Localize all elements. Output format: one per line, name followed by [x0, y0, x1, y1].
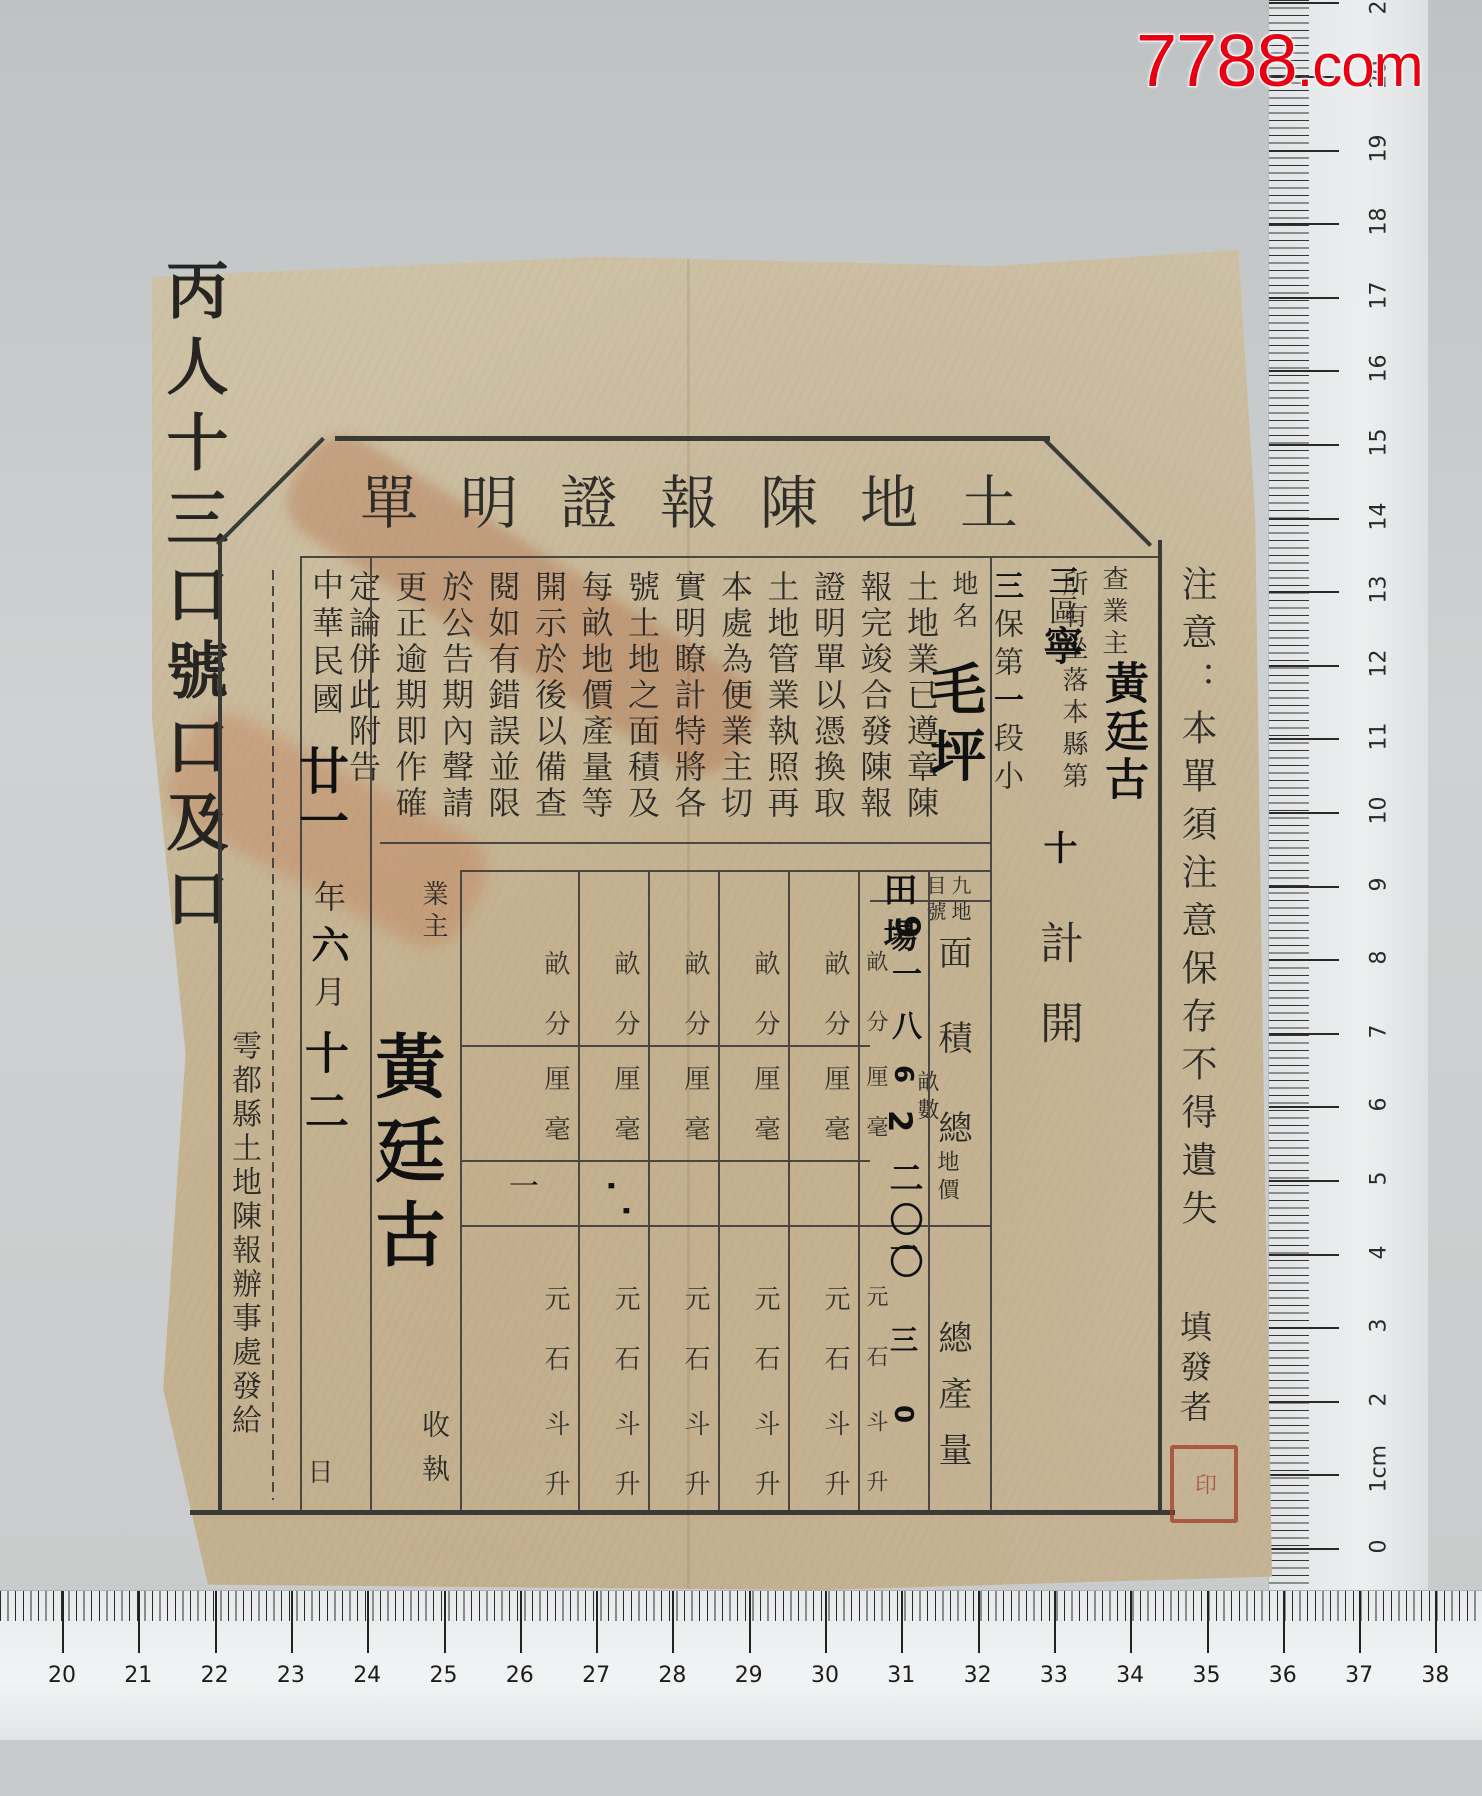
ruler-major-tick [1269, 1401, 1339, 1403]
unit-label: 毫 [612, 1115, 638, 1141]
ruler-label: 36 [1263, 1663, 1303, 1688]
body-text-column: 土地業已遵章陳 [905, 570, 937, 822]
area-hao-handwritten: 2 [884, 1110, 916, 1132]
table-section-line [460, 1160, 870, 1162]
unit-label: 升 [612, 1470, 638, 1496]
unit-label: 石 [864, 1345, 886, 1367]
listing-header: 計開 [1035, 920, 1079, 1080]
ruler-label: 1cm [1367, 1453, 1392, 1493]
unit-label: 毫 [542, 1115, 568, 1141]
ruler-label: 15 [1367, 423, 1392, 463]
ruler-label: 0 [1367, 1527, 1392, 1567]
body-text-column: 實明瞭計特將各 [673, 570, 705, 822]
place-name-label: 地名 [950, 570, 976, 634]
unit-label: 斗 [822, 1410, 848, 1436]
unit-label: 升 [752, 1470, 778, 1496]
unit-label: 斗 [752, 1410, 778, 1436]
date-month-handwritten: 六 [308, 925, 346, 963]
receipt-label: 收執 [420, 1410, 448, 1498]
ruler-label: 9 [1367, 864, 1392, 904]
ruler-major-tick [1269, 297, 1339, 299]
unit-label: 厘 [752, 1065, 778, 1091]
margin-handwriting: 丙人十三口號口及口 [148, 258, 237, 942]
title-char: 土 [960, 456, 1020, 540]
ruler-major-tick [1269, 591, 1339, 593]
unit-label: 厘 [822, 1065, 848, 1091]
ruler-major-tick [1269, 665, 1339, 667]
table-col-line [990, 870, 992, 1510]
ruler-label: 35 [1187, 1663, 1227, 1688]
yield-sheng-handwritten: 0 [890, 1405, 916, 1423]
ruler-label: 5 [1367, 1159, 1392, 1199]
ruler-label: 25 [424, 1663, 464, 1688]
ruler-major-tick [1269, 1474, 1339, 1476]
unit-label: 厘 [864, 1065, 886, 1087]
frame-border-right [1158, 540, 1162, 1515]
ruler-label: 22 [195, 1663, 235, 1688]
unit-label: 畝 [612, 950, 638, 976]
ruler-label: 26 [500, 1663, 540, 1688]
ruler-label: 16 [1367, 349, 1392, 389]
unit-label: 厘 [682, 1065, 708, 1091]
body-text-column: 土地管業執照再 [766, 570, 798, 822]
ruler-label: 14 [1367, 496, 1392, 536]
title-char: 證 [560, 456, 620, 540]
header-area-char: 積 [935, 1020, 969, 1061]
body-text-column: 開示於後以備查 [533, 570, 565, 822]
stray-mark: · [595, 1180, 625, 1191]
ruler-major-tick [749, 1591, 751, 1653]
title-char: 陳 [760, 456, 820, 540]
ruler-major-tick [1283, 1591, 1285, 1653]
ruler-major-tick [1269, 1327, 1339, 1329]
frame-border-bottom [190, 1510, 1175, 1515]
unit-label: 石 [752, 1345, 778, 1371]
ruler-major-tick [291, 1591, 293, 1653]
unit-label: 畝 [542, 950, 568, 976]
ruler-major-tick [62, 1591, 64, 1653]
owner-label: 查業主 [1100, 565, 1126, 661]
ruler-label: 34 [1110, 1663, 1150, 1688]
ruler-major-tick [1269, 1033, 1339, 1035]
holder-name-handwritten: 黃廷古 [370, 1030, 440, 1282]
date-month-unit: 月 [312, 975, 344, 1014]
unit-label: 元 [752, 1285, 778, 1311]
ruler-label: 30 [805, 1663, 845, 1688]
unit-label: 畝 [822, 950, 848, 976]
unit-label: 畝 [864, 950, 886, 972]
ruler-label: 20 [42, 1663, 82, 1688]
ruler-major-tick [1269, 223, 1339, 225]
ruler-label: 8 [1367, 938, 1392, 978]
body-text-column: 定論併此附告 [347, 570, 379, 786]
document-title: 土地陳報證明單 [360, 458, 1020, 538]
ruler-major-tick [444, 1591, 446, 1653]
table-col-line [788, 870, 790, 1510]
unit-label: 分 [752, 1010, 778, 1036]
ruler-major-tick [1359, 1591, 1361, 1653]
unit-label: 分 [612, 1010, 638, 1036]
unit-label: 分 [542, 1010, 568, 1036]
ruler-major-tick [520, 1591, 522, 1653]
unit-label: 分 [682, 1010, 708, 1036]
ruler-major-tick [672, 1591, 674, 1653]
ruler-major-tick [1269, 1254, 1339, 1256]
ruler-ticks [0, 1591, 1482, 1621]
table-col-line [928, 870, 930, 1510]
ruler-major-tick [1269, 886, 1339, 888]
red-seal-stamp: 印 [1170, 1445, 1238, 1523]
ruler-label: 19 [1367, 128, 1392, 168]
document-paper [152, 250, 1272, 1590]
unit-label: 石 [822, 1345, 848, 1371]
ruler-major-tick [1269, 370, 1339, 372]
unit-label: 升 [822, 1470, 848, 1496]
holder-label: 業主 [420, 880, 446, 944]
unit-label: 厘 [612, 1065, 638, 1091]
unit-label: 石 [612, 1345, 638, 1371]
notice-colon: ： [1176, 661, 1217, 709]
ruler-major-tick [978, 1591, 980, 1653]
ruler-label: 32 [958, 1663, 998, 1688]
body-text-column: 更正逾期即作確 [394, 570, 426, 822]
parcel-type-handwritten: 田 場 [880, 872, 914, 952]
body-text-column: 閱如有錯誤並限 [487, 570, 519, 822]
issuing-office: 雩都縣土地陳報辦事處發給 [228, 1030, 258, 1438]
date-year-handwritten: 廿一 [295, 745, 345, 845]
ruler-major-tick [1269, 812, 1339, 814]
ruler-label: 28 [652, 1663, 692, 1688]
vertical-ruler: 01cm23456789101112131415161718192021 [1268, 0, 1428, 1592]
ruler-label: 17 [1367, 275, 1392, 315]
parcel-number-handwritten: 9 [890, 915, 924, 939]
ruler-label: 2 [1367, 1379, 1392, 1419]
ruler-label: 37 [1339, 1663, 1379, 1688]
header-yield: 總產量 [935, 1320, 969, 1488]
table-section-line [460, 1045, 870, 1047]
date-day-handwritten: 十二 [300, 1030, 344, 1146]
body-text-column: 本處為便業主切 [719, 570, 751, 822]
ruler-major-tick [1054, 1591, 1056, 1653]
unit-label: 石 [542, 1345, 568, 1371]
ruler-label: 21 [118, 1663, 158, 1688]
unit-label: 畝 [752, 950, 778, 976]
unit-label: 毫 [864, 1115, 886, 1137]
date-year-unit: 年 [312, 880, 344, 919]
area-li-handwritten: 6 [890, 1065, 916, 1083]
issuer-label: 填發者 [1178, 1310, 1210, 1430]
ruler-major-tick [825, 1591, 827, 1653]
date-era: 中華民國 [310, 568, 342, 720]
unit-label: 石 [682, 1345, 708, 1371]
title-char: 單 [360, 456, 420, 540]
ruler-label: 27 [576, 1663, 616, 1688]
unit-label: 升 [864, 1470, 886, 1492]
ruler-ticks [1269, 0, 1309, 1592]
horizontal-ruler: 20212223242526272829303132333435363738 [0, 1590, 1482, 1740]
header-area-char: 面 [935, 935, 969, 976]
unit-label: 元 [822, 1285, 848, 1311]
ruler-major-tick [1435, 1591, 1437, 1653]
table-col-line [858, 870, 860, 1510]
unit-label: 毫 [682, 1115, 708, 1141]
unit-label: 分 [864, 1010, 886, 1032]
ruler-major-tick [1269, 444, 1339, 446]
stray-mark: · [610, 1205, 640, 1216]
ruler-major-tick [1269, 1106, 1339, 1108]
ruler-major-tick [901, 1591, 903, 1653]
unit-label: 毫 [822, 1115, 848, 1141]
location-col-district: 三區寧 [1040, 565, 1080, 665]
table-col-line [578, 870, 580, 1510]
unit-label: 元 [864, 1285, 886, 1307]
ruler-label: 23 [271, 1663, 311, 1688]
unit-label: 斗 [682, 1410, 708, 1436]
owner-name-handwritten: 黃廷古 [1100, 660, 1144, 804]
unit-label: 厘 [542, 1065, 568, 1091]
ruler-label: 7 [1367, 1011, 1392, 1051]
ruler-major-tick [1269, 959, 1339, 961]
unit-label: 斗 [864, 1410, 886, 1432]
body-text-column: 每畝地價產量等 [580, 570, 612, 822]
notice-label: 注意 [1176, 565, 1217, 661]
unit-label: 斗 [542, 1410, 568, 1436]
notice-body: 本單須注意保存不得遺失 [1176, 709, 1217, 1237]
watermark-logo: 7788.com [1136, 18, 1423, 103]
ruler-major-tick [138, 1591, 140, 1653]
table-col-line [648, 870, 650, 1510]
table-col-line [460, 870, 462, 1510]
title-char: 地 [860, 456, 920, 540]
unit-label: 升 [542, 1470, 568, 1496]
title-divider [300, 556, 1158, 558]
frame-border-top [335, 436, 1050, 441]
ruler-label: 33 [1034, 1663, 1074, 1688]
table-col-line [718, 870, 720, 1510]
unit-label: 毫 [752, 1115, 778, 1141]
ruler-major-tick [1269, 1548, 1339, 1550]
yield-dou-handwritten: 三 [888, 1325, 916, 1353]
ruler-major-tick [596, 1591, 598, 1653]
ruler-label: 3 [1367, 1306, 1392, 1346]
ruler-label: 38 [1415, 1663, 1455, 1688]
ruler-major-tick [1269, 738, 1339, 740]
ruler-label: 4 [1367, 1232, 1392, 1272]
ruler-major-tick [215, 1591, 217, 1653]
title-char: 明 [460, 456, 520, 540]
location-col-bao: 三保第一段小 [990, 570, 1020, 798]
ruler-label: 24 [347, 1663, 387, 1688]
body-text-column: 於公告期內聲請 [440, 570, 472, 822]
ruler-label: 13 [1367, 570, 1392, 610]
ruler-major-tick [1269, 1180, 1339, 1182]
total-value-handwritten: 二〇〇 [886, 1160, 920, 1286]
header-value-char: 總 [935, 1110, 969, 1151]
ruler-label: 11 [1367, 717, 1392, 757]
body-divider [380, 842, 990, 844]
ruler-major-tick [1130, 1591, 1132, 1653]
ruler-major-tick [1269, 518, 1339, 520]
unit-label: 斗 [612, 1410, 638, 1436]
unit-label: 元 [542, 1285, 568, 1311]
ruler-major-tick [1207, 1591, 1209, 1653]
unit-label: 元 [682, 1285, 708, 1311]
unit-label: 升 [682, 1470, 708, 1496]
date-column-dashed-line [272, 570, 274, 1500]
ruler-label: 12 [1367, 643, 1392, 683]
area-fen-handwritten: 八 [888, 1010, 918, 1040]
frame-border-left [218, 540, 222, 1515]
bao-number-handwritten: 十 [1040, 830, 1074, 864]
ruler-label: 6 [1367, 1085, 1392, 1125]
ruler-label: 10 [1367, 791, 1392, 831]
notice-text: 注意：本單須注意保存不得遺失 [1178, 565, 1214, 1237]
ruler-major-tick [1269, 2, 1339, 4]
fold-crease [687, 250, 690, 1590]
body-text-column: 號土地之面積及 [626, 570, 658, 822]
yield-shi-handwritten: 一 [888, 1235, 916, 1263]
unit-label: 元 [612, 1285, 638, 1311]
ruler-label: 29 [729, 1663, 769, 1688]
stray-mark: 一 [505, 1170, 535, 1200]
body-text-column: 證明單以憑換取 [812, 570, 844, 822]
body-text-column: 報完竣合發陳報 [859, 570, 891, 822]
ruler-label: 31 [881, 1663, 921, 1688]
ruler-major-tick [367, 1591, 369, 1653]
title-char: 報 [660, 456, 720, 540]
header-value-note: 地價 [935, 1150, 957, 1206]
unit-label: 畝 [682, 950, 708, 976]
ruler-major-tick [1269, 150, 1339, 152]
ruler-label: 18 [1367, 202, 1392, 242]
unit-label: 分 [822, 1010, 848, 1036]
date-day-unit: 日 [305, 1458, 331, 1491]
area-mu-handwritten: 一 [888, 958, 918, 988]
